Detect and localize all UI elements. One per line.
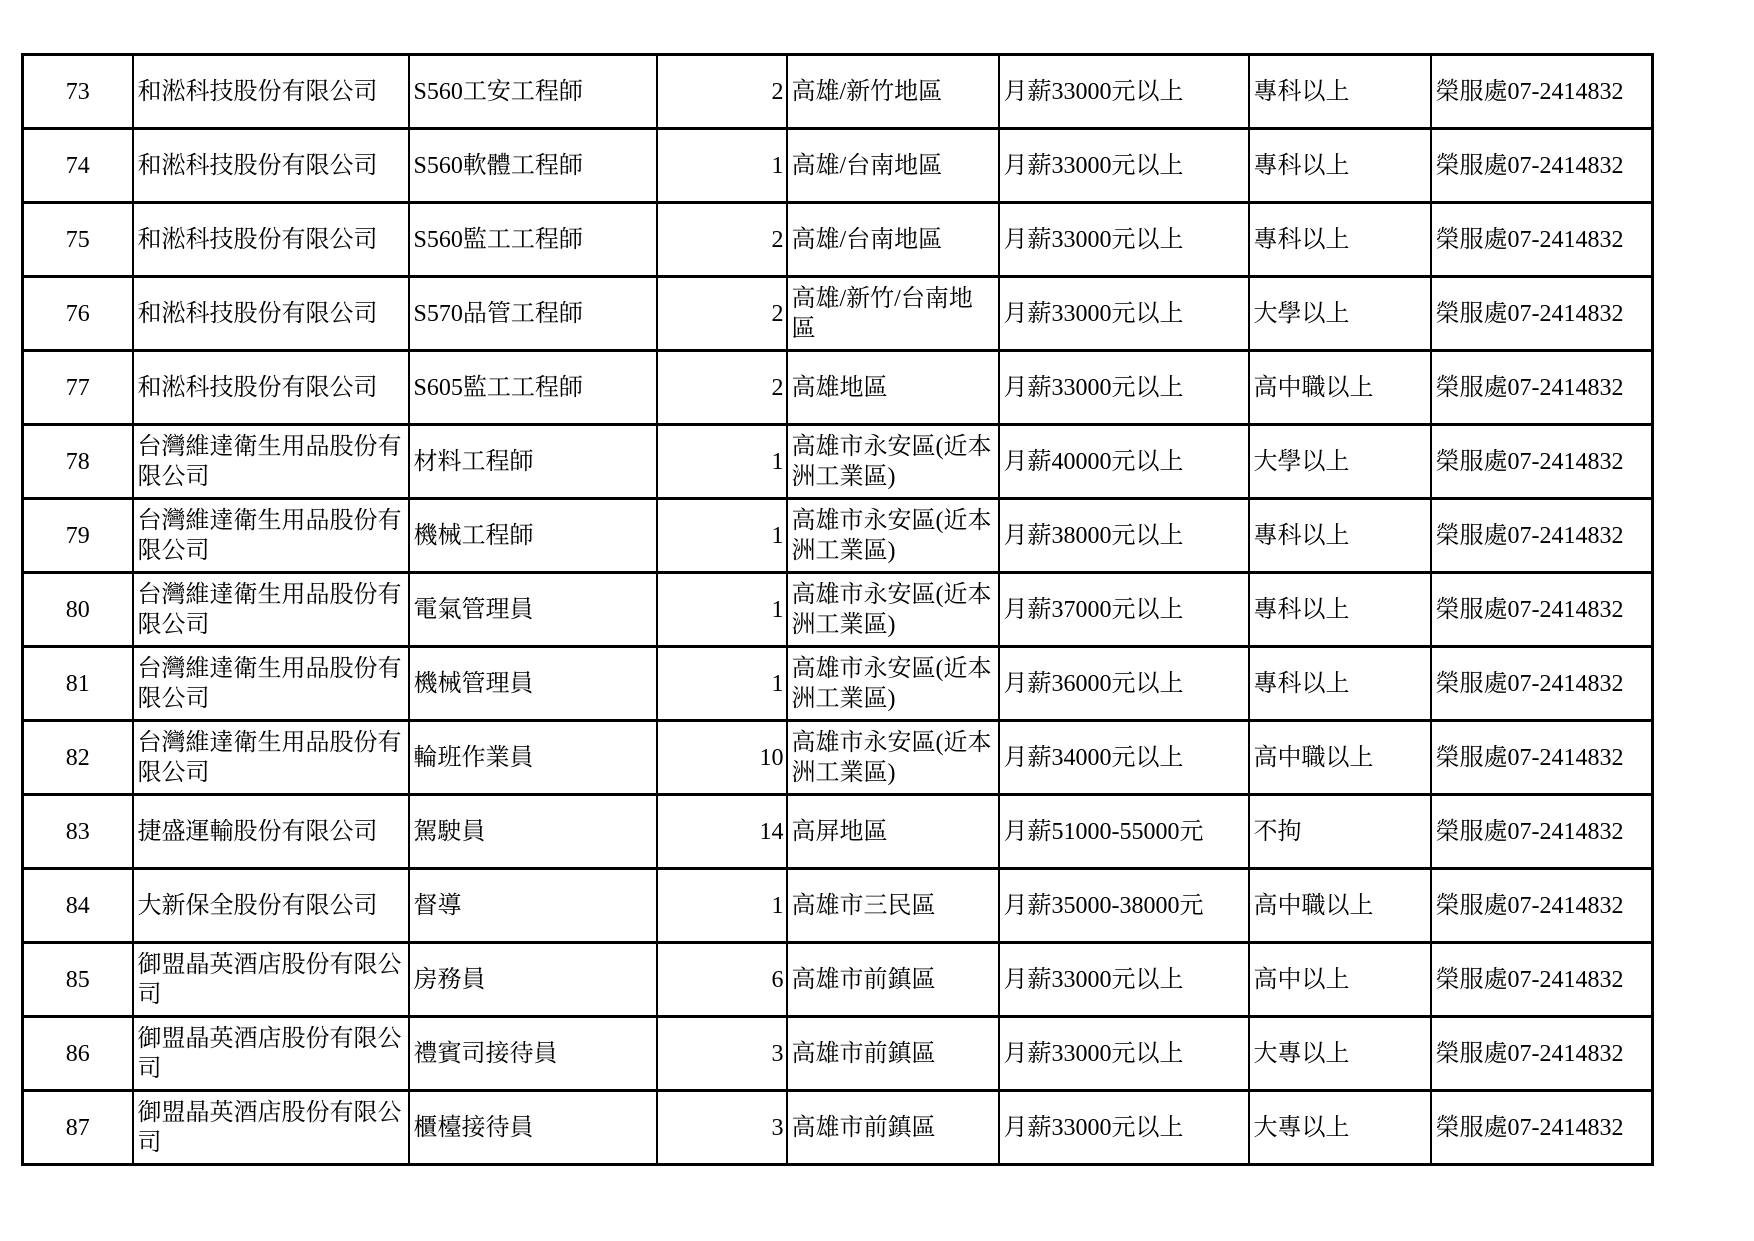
row-number-cell: 73 bbox=[23, 55, 133, 129]
job-title-cell: 駕駛員 bbox=[409, 795, 657, 869]
education-requirement-cell: 大學以上 bbox=[1249, 277, 1431, 351]
row-number-cell: 77 bbox=[23, 351, 133, 425]
work-location-cell: 高雄/台南地區 bbox=[787, 203, 999, 277]
openings-count-cell: 6 bbox=[657, 943, 787, 1017]
openings-count-cell: 14 bbox=[657, 795, 787, 869]
company-name-cell: 御盟晶英酒店股份有限公司 bbox=[133, 1017, 409, 1091]
work-location-cell: 高雄市永安區(近本洲工業區) bbox=[787, 573, 999, 647]
contact-info-cell: 榮服處07-2414832 bbox=[1431, 1091, 1653, 1165]
salary-cell: 月薪33000元以上 bbox=[999, 55, 1249, 129]
job-title-cell: 督導 bbox=[409, 869, 657, 943]
education-requirement-cell: 專科以上 bbox=[1249, 499, 1431, 573]
education-requirement-cell: 大學以上 bbox=[1249, 425, 1431, 499]
job-title-cell: S560工安工程師 bbox=[409, 55, 657, 129]
education-requirement-cell: 高中以上 bbox=[1249, 943, 1431, 1017]
salary-cell: 月薪35000-38000元 bbox=[999, 869, 1249, 943]
education-requirement-cell: 專科以上 bbox=[1249, 55, 1431, 129]
company-name-cell: 和淞科技股份有限公司 bbox=[133, 351, 409, 425]
table-row: 79 台灣維達衛生用品股份有限公司 機械工程師 1 高雄市永安區(近本洲工業區)… bbox=[23, 499, 1653, 573]
work-location-cell: 高雄市永安區(近本洲工業區) bbox=[787, 721, 999, 795]
salary-cell: 月薪33000元以上 bbox=[999, 943, 1249, 1017]
work-location-cell: 高雄市永安區(近本洲工業區) bbox=[787, 425, 999, 499]
education-requirement-cell: 專科以上 bbox=[1249, 203, 1431, 277]
job-title-cell: 輪班作業員 bbox=[409, 721, 657, 795]
table-row: 82 台灣維達衛生用品股份有限公司 輪班作業員 10 高雄市永安區(近本洲工業區… bbox=[23, 721, 1653, 795]
openings-count-cell: 2 bbox=[657, 55, 787, 129]
row-number-cell: 80 bbox=[23, 573, 133, 647]
contact-info-cell: 榮服處07-2414832 bbox=[1431, 573, 1653, 647]
salary-cell: 月薪38000元以上 bbox=[999, 499, 1249, 573]
table-row: 87 御盟晶英酒店股份有限公司 櫃檯接待員 3 高雄市前鎮區 月薪33000元以… bbox=[23, 1091, 1653, 1165]
openings-count-cell: 2 bbox=[657, 277, 787, 351]
salary-cell: 月薪33000元以上 bbox=[999, 203, 1249, 277]
company-name-cell: 御盟晶英酒店股份有限公司 bbox=[133, 943, 409, 1017]
table-row: 84 大新保全股份有限公司 督導 1 高雄市三民區 月薪35000-38000元… bbox=[23, 869, 1653, 943]
job-title-cell: 材料工程師 bbox=[409, 425, 657, 499]
openings-count-cell: 1 bbox=[657, 499, 787, 573]
education-requirement-cell: 專科以上 bbox=[1249, 129, 1431, 203]
table-row: 86 御盟晶英酒店股份有限公司 禮賓司接待員 3 高雄市前鎮區 月薪33000元… bbox=[23, 1017, 1653, 1091]
openings-count-cell: 3 bbox=[657, 1017, 787, 1091]
table-row: 75 和淞科技股份有限公司 S560監工工程師 2 高雄/台南地區 月薪3300… bbox=[23, 203, 1653, 277]
company-name-cell: 捷盛運輸股份有限公司 bbox=[133, 795, 409, 869]
education-requirement-cell: 不拘 bbox=[1249, 795, 1431, 869]
contact-info-cell: 榮服處07-2414832 bbox=[1431, 55, 1653, 129]
row-number-cell: 74 bbox=[23, 129, 133, 203]
table-row: 85 御盟晶英酒店股份有限公司 房務員 6 高雄市前鎮區 月薪33000元以上 … bbox=[23, 943, 1653, 1017]
row-number-cell: 84 bbox=[23, 869, 133, 943]
company-name-cell: 台灣維達衛生用品股份有限公司 bbox=[133, 647, 409, 721]
document-page: { "page": { "background_color": "#ffffff… bbox=[0, 0, 1754, 1241]
table-row: 74 和淞科技股份有限公司 S560軟體工程師 1 高雄/台南地區 月薪3300… bbox=[23, 129, 1653, 203]
contact-info-cell: 榮服處07-2414832 bbox=[1431, 943, 1653, 1017]
salary-cell: 月薪34000元以上 bbox=[999, 721, 1249, 795]
table-row: 80 台灣維達衛生用品股份有限公司 電氣管理員 1 高雄市永安區(近本洲工業區)… bbox=[23, 573, 1653, 647]
education-requirement-cell: 大專以上 bbox=[1249, 1091, 1431, 1165]
salary-cell: 月薪33000元以上 bbox=[999, 129, 1249, 203]
openings-count-cell: 1 bbox=[657, 425, 787, 499]
work-location-cell: 高雄市前鎮區 bbox=[787, 1091, 999, 1165]
salary-cell: 月薪33000元以上 bbox=[999, 1091, 1249, 1165]
openings-count-cell: 1 bbox=[657, 129, 787, 203]
job-title-cell: 禮賓司接待員 bbox=[409, 1017, 657, 1091]
row-number-cell: 86 bbox=[23, 1017, 133, 1091]
salary-cell: 月薪40000元以上 bbox=[999, 425, 1249, 499]
education-requirement-cell: 專科以上 bbox=[1249, 647, 1431, 721]
company-name-cell: 大新保全股份有限公司 bbox=[133, 869, 409, 943]
job-title-cell: 機械工程師 bbox=[409, 499, 657, 573]
company-name-cell: 台灣維達衛生用品股份有限公司 bbox=[133, 573, 409, 647]
company-name-cell: 和淞科技股份有限公司 bbox=[133, 55, 409, 129]
work-location-cell: 高雄地區 bbox=[787, 351, 999, 425]
row-number-cell: 82 bbox=[23, 721, 133, 795]
work-location-cell: 高雄市三民區 bbox=[787, 869, 999, 943]
job-title-cell: 電氣管理員 bbox=[409, 573, 657, 647]
table-body: 73 和淞科技股份有限公司 S560工安工程師 2 高雄/新竹地區 月薪3300… bbox=[23, 55, 1653, 1165]
row-number-cell: 87 bbox=[23, 1091, 133, 1165]
salary-cell: 月薪36000元以上 bbox=[999, 647, 1249, 721]
job-listings-table: 73 和淞科技股份有限公司 S560工安工程師 2 高雄/新竹地區 月薪3300… bbox=[21, 53, 1654, 1166]
contact-info-cell: 榮服處07-2414832 bbox=[1431, 425, 1653, 499]
openings-count-cell: 1 bbox=[657, 869, 787, 943]
contact-info-cell: 榮服處07-2414832 bbox=[1431, 1017, 1653, 1091]
row-number-cell: 78 bbox=[23, 425, 133, 499]
contact-info-cell: 榮服處07-2414832 bbox=[1431, 351, 1653, 425]
salary-cell: 月薪51000-55000元 bbox=[999, 795, 1249, 869]
contact-info-cell: 榮服處07-2414832 bbox=[1431, 277, 1653, 351]
work-location-cell: 高雄/台南地區 bbox=[787, 129, 999, 203]
company-name-cell: 台灣維達衛生用品股份有限公司 bbox=[133, 721, 409, 795]
contact-info-cell: 榮服處07-2414832 bbox=[1431, 795, 1653, 869]
row-number-cell: 83 bbox=[23, 795, 133, 869]
row-number-cell: 79 bbox=[23, 499, 133, 573]
table-row: 78 台灣維達衛生用品股份有限公司 材料工程師 1 高雄市永安區(近本洲工業區)… bbox=[23, 425, 1653, 499]
job-title-cell: 機械管理員 bbox=[409, 647, 657, 721]
job-title-cell: S570品管工程師 bbox=[409, 277, 657, 351]
row-number-cell: 76 bbox=[23, 277, 133, 351]
salary-cell: 月薪37000元以上 bbox=[999, 573, 1249, 647]
contact-info-cell: 榮服處07-2414832 bbox=[1431, 869, 1653, 943]
contact-info-cell: 榮服處07-2414832 bbox=[1431, 721, 1653, 795]
openings-count-cell: 2 bbox=[657, 203, 787, 277]
company-name-cell: 台灣維達衛生用品股份有限公司 bbox=[133, 499, 409, 573]
openings-count-cell: 1 bbox=[657, 573, 787, 647]
work-location-cell: 高雄市前鎮區 bbox=[787, 943, 999, 1017]
row-number-cell: 81 bbox=[23, 647, 133, 721]
job-title-cell: 櫃檯接待員 bbox=[409, 1091, 657, 1165]
contact-info-cell: 榮服處07-2414832 bbox=[1431, 499, 1653, 573]
salary-cell: 月薪33000元以上 bbox=[999, 351, 1249, 425]
work-location-cell: 高雄市永安區(近本洲工業區) bbox=[787, 499, 999, 573]
openings-count-cell: 3 bbox=[657, 1091, 787, 1165]
table-row: 81 台灣維達衛生用品股份有限公司 機械管理員 1 高雄市永安區(近本洲工業區)… bbox=[23, 647, 1653, 721]
table-row: 76 和淞科技股份有限公司 S570品管工程師 2 高雄/新竹/台南地區 月薪3… bbox=[23, 277, 1653, 351]
openings-count-cell: 1 bbox=[657, 647, 787, 721]
job-title-cell: S560監工工程師 bbox=[409, 203, 657, 277]
contact-info-cell: 榮服處07-2414832 bbox=[1431, 647, 1653, 721]
job-title-cell: 房務員 bbox=[409, 943, 657, 1017]
salary-cell: 月薪33000元以上 bbox=[999, 1017, 1249, 1091]
contact-info-cell: 榮服處07-2414832 bbox=[1431, 203, 1653, 277]
table-row: 83 捷盛運輸股份有限公司 駕駛員 14 高屏地區 月薪51000-55000元… bbox=[23, 795, 1653, 869]
company-name-cell: 和淞科技股份有限公司 bbox=[133, 277, 409, 351]
work-location-cell: 高雄市永安區(近本洲工業區) bbox=[787, 647, 999, 721]
company-name-cell: 和淞科技股份有限公司 bbox=[133, 129, 409, 203]
openings-count-cell: 10 bbox=[657, 721, 787, 795]
job-title-cell: S605監工工程師 bbox=[409, 351, 657, 425]
education-requirement-cell: 高中職以上 bbox=[1249, 721, 1431, 795]
openings-count-cell: 2 bbox=[657, 351, 787, 425]
table-row: 73 和淞科技股份有限公司 S560工安工程師 2 高雄/新竹地區 月薪3300… bbox=[23, 55, 1653, 129]
education-requirement-cell: 專科以上 bbox=[1249, 573, 1431, 647]
education-requirement-cell: 高中職以上 bbox=[1249, 869, 1431, 943]
row-number-cell: 75 bbox=[23, 203, 133, 277]
company-name-cell: 台灣維達衛生用品股份有限公司 bbox=[133, 425, 409, 499]
education-requirement-cell: 大專以上 bbox=[1249, 1017, 1431, 1091]
row-number-cell: 85 bbox=[23, 943, 133, 1017]
education-requirement-cell: 高中職以上 bbox=[1249, 351, 1431, 425]
work-location-cell: 高雄市前鎮區 bbox=[787, 1017, 999, 1091]
table-row: 77 和淞科技股份有限公司 S605監工工程師 2 高雄地區 月薪33000元以… bbox=[23, 351, 1653, 425]
job-title-cell: S560軟體工程師 bbox=[409, 129, 657, 203]
contact-info-cell: 榮服處07-2414832 bbox=[1431, 129, 1653, 203]
work-location-cell: 高雄/新竹地區 bbox=[787, 55, 999, 129]
salary-cell: 月薪33000元以上 bbox=[999, 277, 1249, 351]
company-name-cell: 御盟晶英酒店股份有限公司 bbox=[133, 1091, 409, 1165]
work-location-cell: 高屏地區 bbox=[787, 795, 999, 869]
company-name-cell: 和淞科技股份有限公司 bbox=[133, 203, 409, 277]
work-location-cell: 高雄/新竹/台南地區 bbox=[787, 277, 999, 351]
